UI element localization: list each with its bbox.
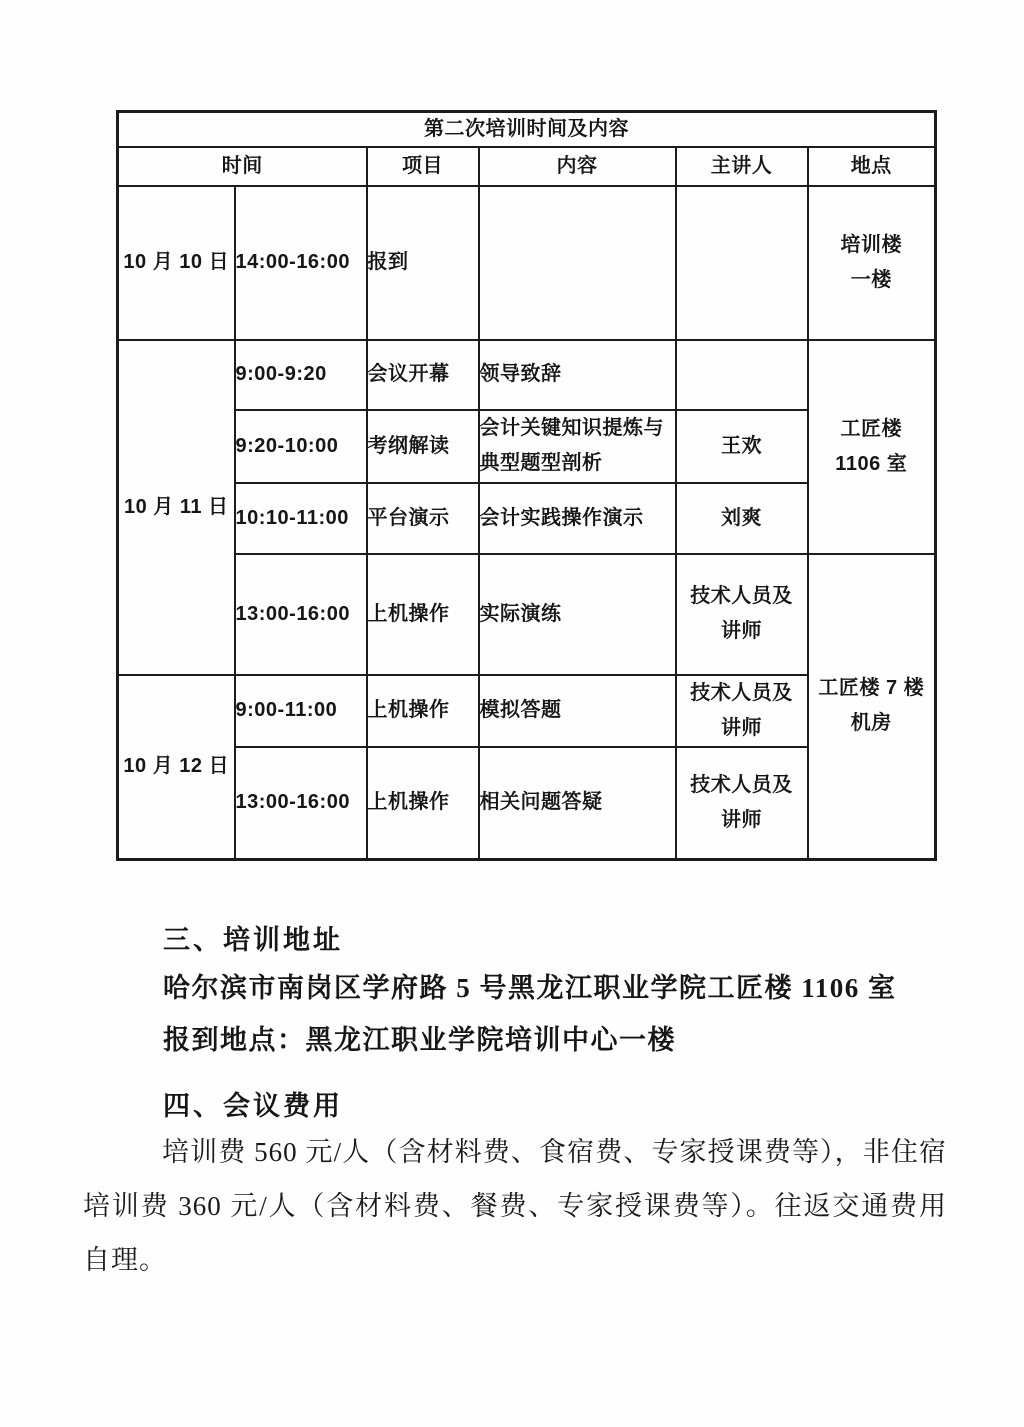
cell-time-r6: 9:00-11:00 [235, 675, 367, 747]
cell-speaker-r3: 王欢 [676, 410, 808, 483]
cell-date-oct11: 10 月 11 日 [118, 340, 235, 675]
cell-content-r2: 领导致辞 [479, 340, 676, 410]
cell-item-r4: 平台演示 [367, 483, 479, 554]
header-content: 内容 [479, 147, 676, 186]
cell-speaker-r6: 技术人员及 讲师 [676, 675, 808, 747]
table-title: 第二次培训时间及内容 [118, 112, 936, 147]
cell-speaker-r5: 技术人员及 讲师 [676, 554, 808, 675]
cell-speaker-r2 [676, 340, 808, 410]
training-schedule-table: 第二次培训时间及内容 时间 项目 内容 主讲人 地点 10 月 10 日 14:… [116, 110, 937, 861]
cell-content-r3: 会计关键知识提炼与 典型题型剖析 [479, 410, 676, 483]
section-3-address-line: 哈尔滨市南岗区学府路 5 号黑龙江职业学院工匠楼 1106 室 [163, 971, 897, 1005]
cell-speaker-r1 [676, 186, 808, 340]
table-row: 13:00-16:00 上机操作 实际演练 技术人员及 讲师 工匠楼 7 楼 机… [118, 554, 936, 675]
scanned-document-page: 第二次培训时间及内容 时间 项目 内容 主讲人 地点 10 月 10 日 14:… [0, 0, 1024, 1427]
cell-content-r5: 实际演练 [479, 554, 676, 675]
cell-speaker-r7: 技术人员及 讲师 [676, 747, 808, 860]
header-time: 时间 [118, 147, 367, 186]
cell-content-r6: 模拟答题 [479, 675, 676, 747]
cell-time-r7: 13:00-16:00 [235, 747, 367, 860]
cell-speaker-r4: 刘爽 [676, 483, 808, 554]
cell-location-gongjiang-1106: 工匠楼 1106 室 [808, 340, 936, 554]
header-location: 地点 [808, 147, 936, 186]
cell-content-r4: 会计实践操作演示 [479, 483, 676, 554]
cell-location-gongjiang-7f-lab: 工匠楼 7 楼 机房 [808, 554, 936, 860]
header-item: 项目 [367, 147, 479, 186]
header-speaker: 主讲人 [676, 147, 808, 186]
cell-item-r2: 会议开幕 [367, 340, 479, 410]
cell-content-r7: 相关问题答疑 [479, 747, 676, 860]
cell-item-r7: 上机操作 [367, 747, 479, 860]
section-3-checkin-line: 报到地点：黑龙江职业学院培训中心一楼 [163, 1023, 676, 1057]
table-row: 10 月 11 日 9:00-9:20 会议开幕 领导致辞 工匠楼 1106 室 [118, 340, 936, 410]
section-4-fee-paragraph: 培训费 560 元/人（含材料费、食宿费、专家授课费等），非住宿培训费 360 … [83, 1125, 947, 1287]
cell-item-r5: 上机操作 [367, 554, 479, 675]
table-row: 10 月 10 日 14:00-16:00 报到 培训楼 一楼 [118, 186, 936, 340]
cell-time-r4: 10:10-11:00 [235, 483, 367, 554]
cell-time-r3: 9:20-10:00 [235, 410, 367, 483]
table-header-row: 时间 项目 内容 主讲人 地点 [118, 147, 936, 186]
cell-location-training-building: 培训楼 一楼 [808, 186, 936, 340]
cell-content-r1 [479, 186, 676, 340]
cell-item-r3: 考纲解读 [367, 410, 479, 483]
cell-date-oct12: 10 月 12 日 [118, 675, 235, 860]
section-3-heading: 三、培训地址 [163, 923, 343, 957]
table-title-row: 第二次培训时间及内容 [118, 112, 936, 147]
cell-date-oct10: 10 月 10 日 [118, 186, 235, 340]
cell-time-r1: 14:00-16:00 [235, 186, 367, 340]
cell-time-r2: 9:00-9:20 [235, 340, 367, 410]
cell-item-r1: 报到 [367, 186, 479, 340]
cell-item-r6: 上机操作 [367, 675, 479, 747]
section-4-heading: 四、会议费用 [163, 1089, 343, 1123]
cell-time-r5: 13:00-16:00 [235, 554, 367, 675]
